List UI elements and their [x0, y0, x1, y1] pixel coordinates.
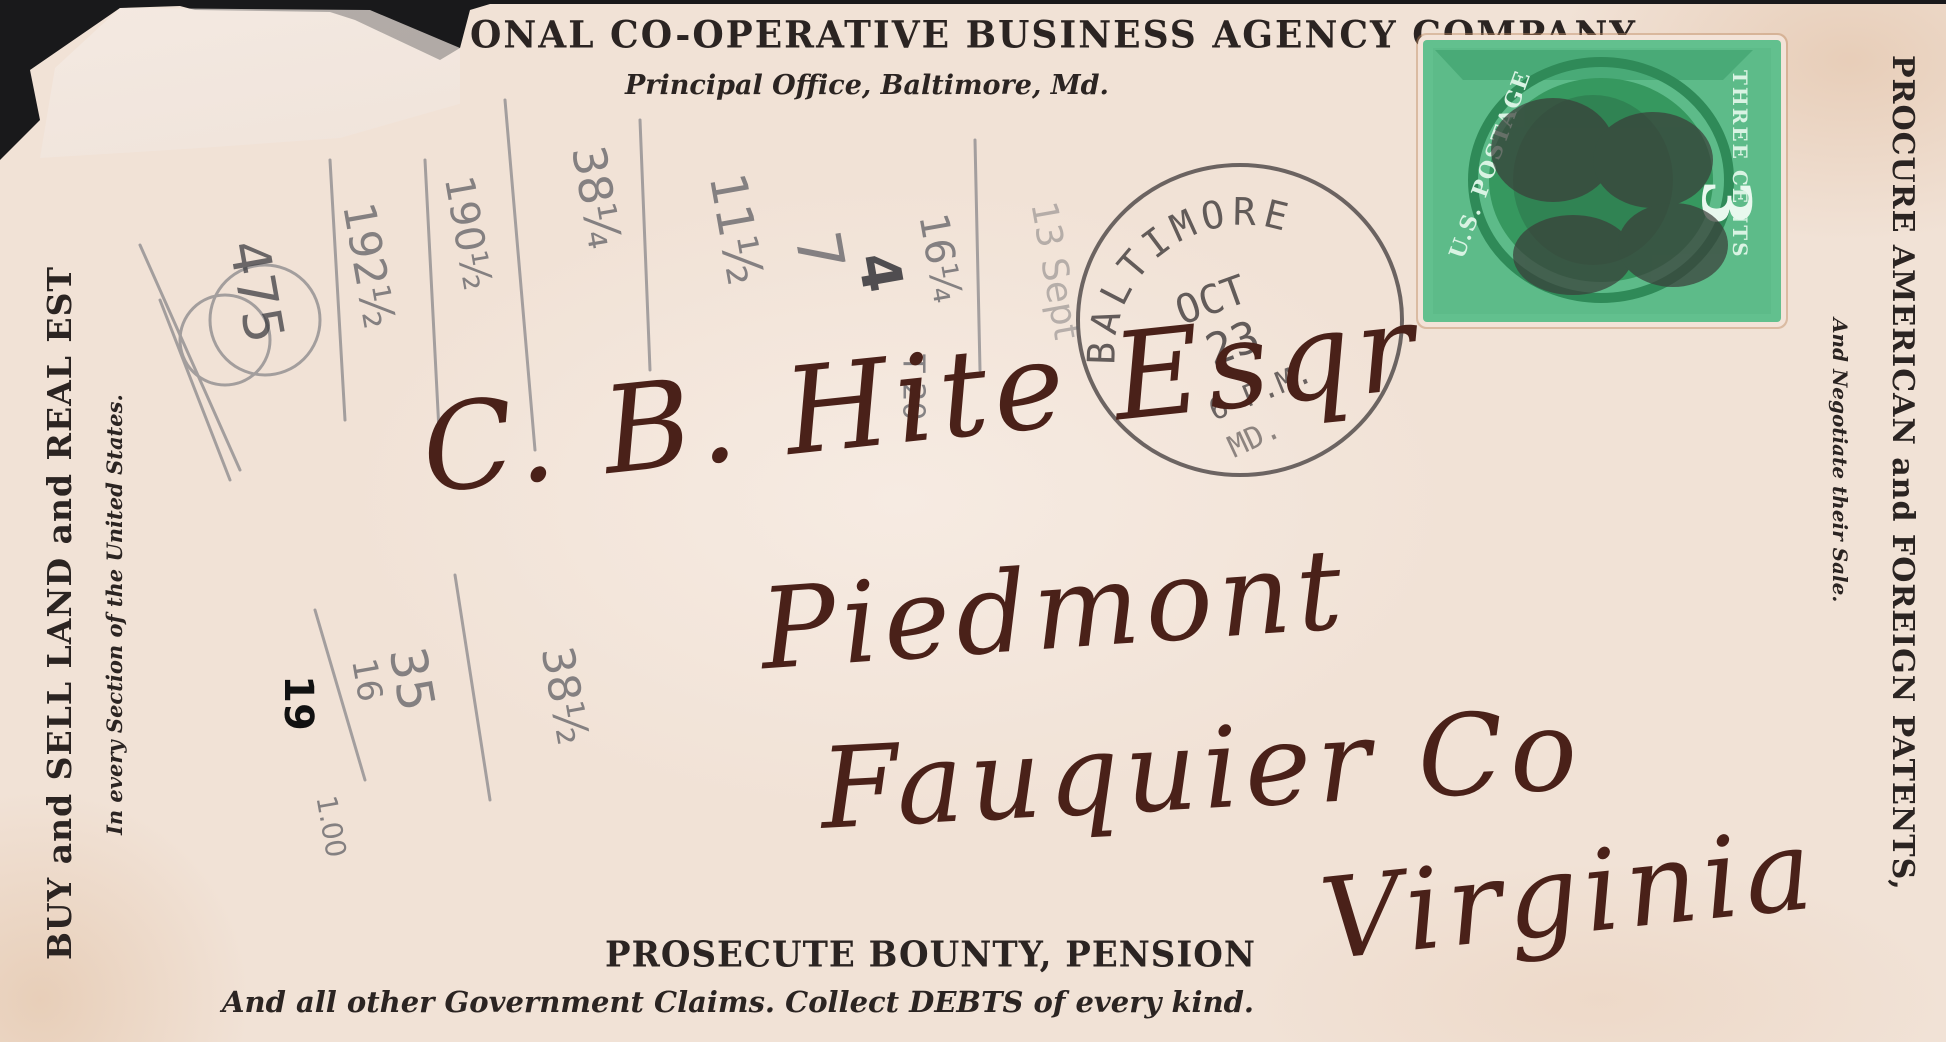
svg-text:THREE CENTS: THREE CENTS: [1728, 70, 1752, 259]
left-margin-title: BUY and SELL LAND and REAL EST: [40, 266, 79, 960]
postage-stamp: U.S. POSTAGE THREE CENTS 3: [1423, 40, 1781, 322]
principal-office-line: Principal Office, Baltimore, Md.: [625, 70, 1109, 101]
footer-title: PROSECUTE BOUNTY, PENSION: [605, 934, 1256, 976]
pencil-note-35: 35: [378, 643, 446, 716]
pencil-note-19: 19: [275, 675, 321, 731]
right-margin-title: PROCURE AMERICAN and FOREIGN PATENTS,: [1885, 55, 1920, 891]
left-margin-subtitle: In every Section of the United States.: [102, 394, 127, 835]
photo-stage: ONAL CO-OPERATIVE BUSINESS AGENCY COMPAN…: [0, 0, 1946, 1042]
pencil-note-16: 16: [343, 655, 390, 705]
footer-subtitle: And all other Government Claims. Collect…: [222, 985, 1254, 1019]
stamp-artwork-icon: U.S. POSTAGE THREE CENTS 3: [1423, 40, 1781, 322]
right-margin-subtitle: And Negotiate their Sale.: [1828, 318, 1852, 602]
